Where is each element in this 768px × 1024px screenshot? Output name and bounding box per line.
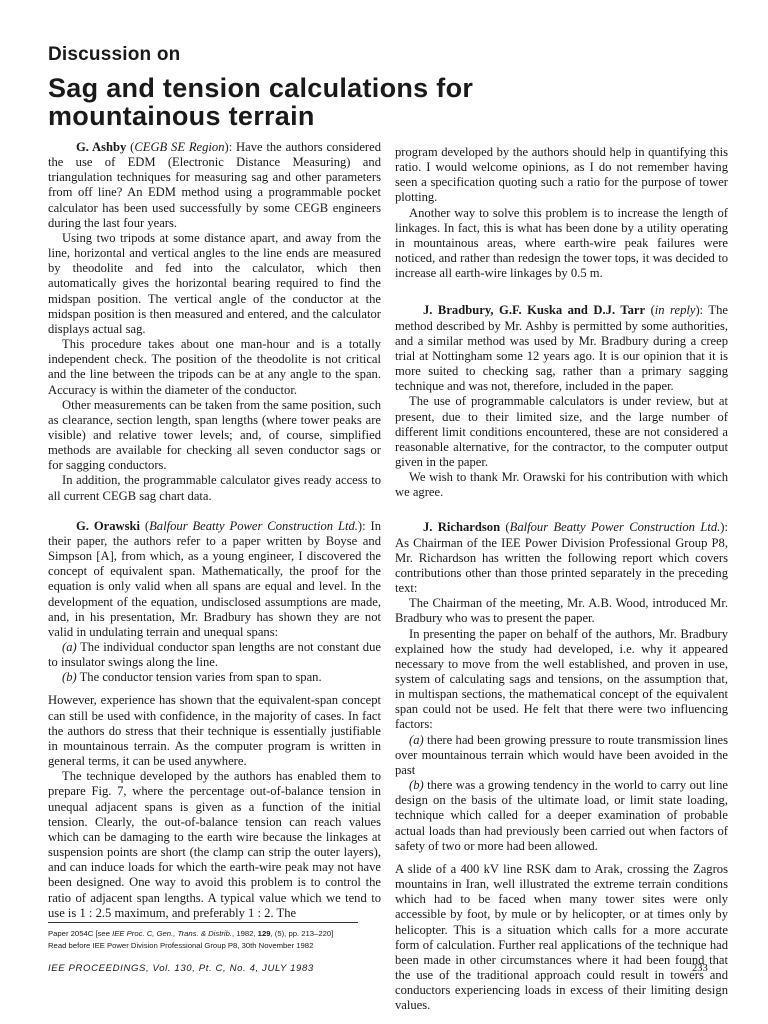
paragraph: The Chairman of the meeting, Mr. A.B. Wo… [395,596,728,626]
paragraph: In addition, the programmable calculator… [48,473,381,503]
footnote-divider [48,922,358,923]
item-label: (a) [62,640,77,654]
paragraph: This procedure takes about one man-hour … [48,337,381,398]
paren: ): [695,303,708,317]
text: Paper 2054C [see [48,929,112,938]
body-text: As Chairman of the IEE Power Division Pr… [395,536,728,595]
journal-footer: IEE PROCEEDINGS, Vol. 130, Pt. C, No. 4,… [48,963,314,974]
list-item: (a) The individual conductor span length… [48,640,381,670]
paragraph: However, experience has shown that the e… [48,693,381,769]
text: , 1982, [232,929,258,938]
paren: ( [140,519,149,533]
orawski-contribution: G. Orawski (Balfour Beatty Power Constru… [48,519,381,640]
paragraph: In presenting the paper on behalf of the… [395,627,728,733]
author-affiliation: in reply [655,303,696,317]
footnote: Paper 2054C [see IEE Proc. C, Gen., Tran… [48,928,388,952]
author-affiliation: Balfour Beatty Power Construction Ltd. [149,519,358,533]
paragraph: program developed by the authors should … [395,145,728,206]
author-name: G. Ashby [76,140,126,154]
item-label: (a) [409,733,424,747]
page-number: 233 [692,963,708,974]
paragraph: The technique developed by the authors h… [48,769,381,921]
list-item: (b) there was a growing tendency in the … [395,778,728,854]
list-item: (a) there had been growing pressure to r… [395,733,728,778]
list-item: (b) The conductor tension varies from sp… [48,670,381,685]
body-text: In their paper, the authors refer to a p… [48,519,381,639]
left-column: G. Ashby (CEGB SE Region): Have the auth… [48,140,381,921]
paren: ): [225,140,237,154]
item-text: there had been growing pressure to route… [395,733,728,777]
richardson-contribution: J. Richardson (Balfour Beatty Power Cons… [395,520,728,596]
article-title: Sag and tension calculations for mountai… [48,74,568,130]
volume: 129 [258,929,271,938]
paren: ): [720,520,728,534]
item-label: (b) [409,778,424,792]
paren: ( [645,303,655,317]
item-text: there was a growing tendency in the worl… [395,778,728,853]
item-text: The conductor tension varies from span t… [77,670,322,684]
paragraph: Using two tripods at some distance apart… [48,231,381,337]
author-affiliation: Balfour Beatty Power Construction Ltd. [510,520,721,534]
paren: ( [500,520,510,534]
item-text: The individual conductor span lengths ar… [48,640,381,669]
paragraph: A slide of a 400 kV line RSK dam to Arak… [395,862,728,1014]
footnote-line-2: Read before IEE Power Division Professio… [48,940,388,952]
author-name: J. Richardson [423,520,500,534]
author-name: J. Bradbury, G.F. Kuska and D.J. Tarr [423,303,645,317]
right-column: program developed by the authors should … [395,145,728,1013]
footnote-line-1: Paper 2054C [see IEE Proc. C, Gen., Tran… [48,928,388,940]
item-label: (b) [62,670,77,684]
author-name: G. Orawski [76,519,140,533]
paragraph: We wish to thank Mr. Orawski for his con… [395,470,728,500]
journal-ref: IEE Proc. C, Gen., Trans. & Distrib. [112,929,232,938]
paren: ): [358,519,371,533]
paragraph: The use of programmable calculators is u… [395,394,728,470]
paragraph: Other measurements can be taken from the… [48,398,381,474]
text: , (5), pp. 213–220] [271,929,334,938]
ashby-contribution: G. Ashby (CEGB SE Region): Have the auth… [48,140,381,231]
author-affiliation: CEGB SE Region [134,140,224,154]
paragraph: Another way to solve this problem is to … [395,206,728,282]
kicker: Discussion on [48,44,180,66]
authors-reply: J. Bradbury, G.F. Kuska and D.J. Tarr (i… [395,303,728,394]
